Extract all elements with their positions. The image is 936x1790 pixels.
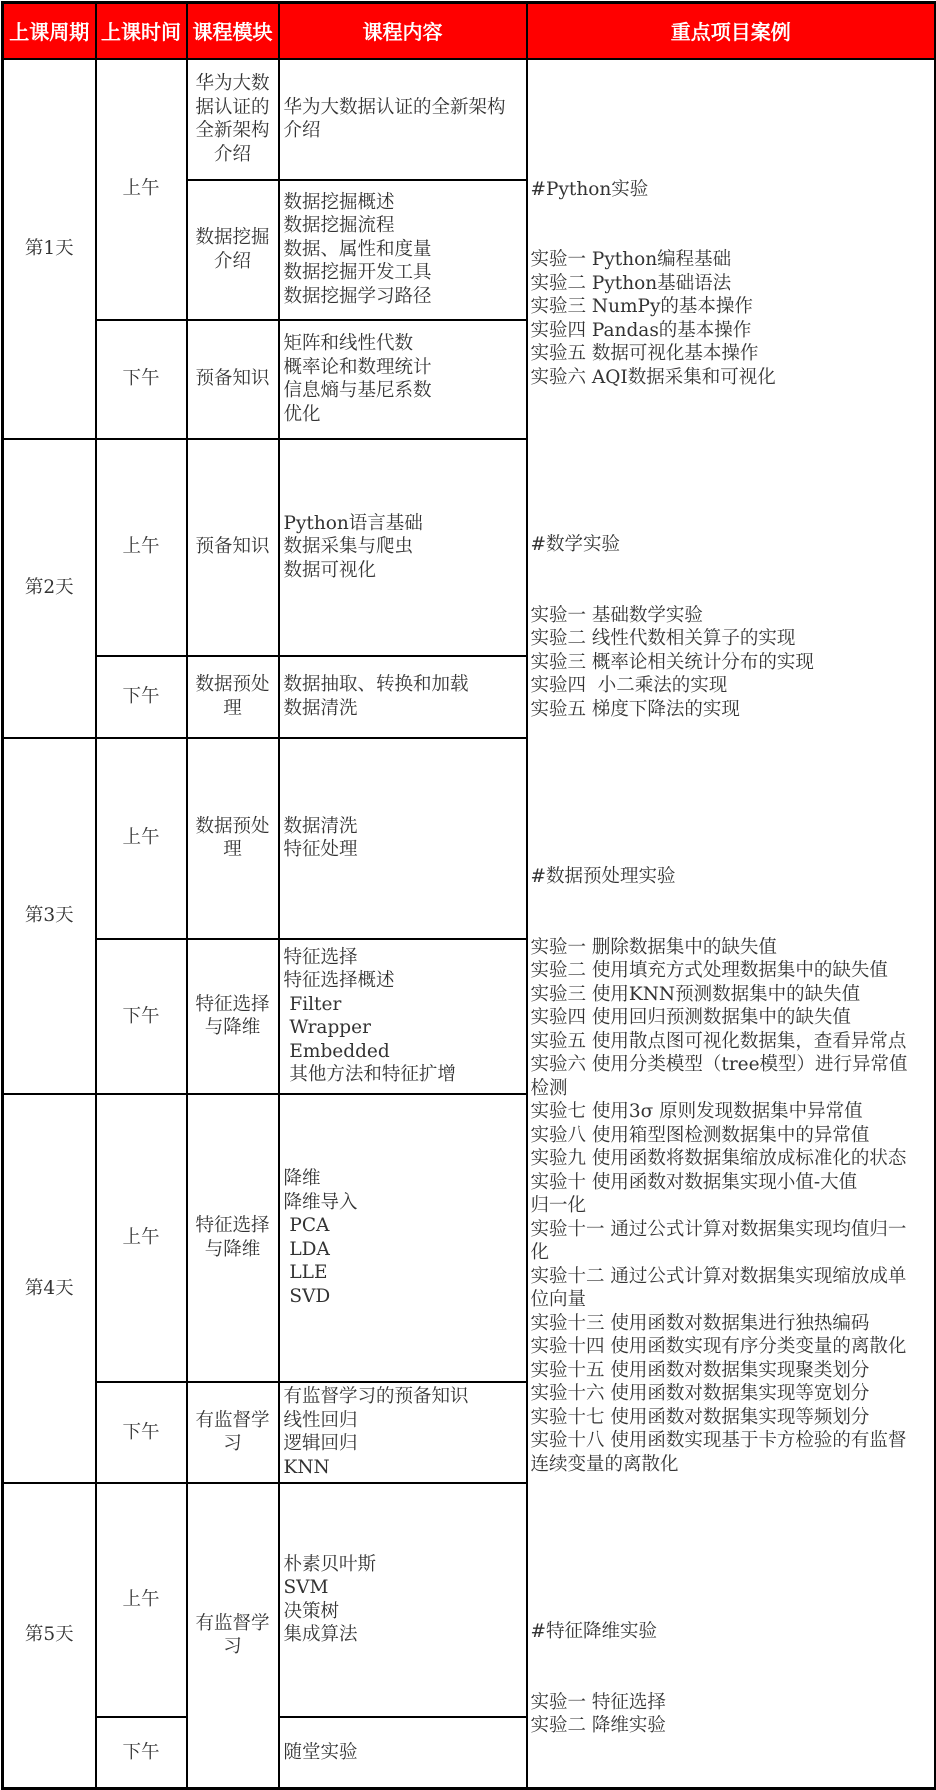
time-cell: 上午	[96, 439, 187, 656]
day-cell-5: 第5天	[3, 1483, 96, 1788]
time-cell: 下午	[96, 320, 187, 439]
project-group-preprocessing: #数据预处理实验 实验一 删除数据集中的缺失值 实验二 使用填充方式处理数据集中…	[531, 818, 933, 1523]
module-cell: 数据预处理	[187, 656, 279, 738]
time-cell: 下午	[96, 1382, 187, 1483]
project-group-python: #Python实验 实验一 Python编程基础 实验二 Python基础语法 …	[531, 131, 933, 437]
content-cell: 降维 降维导入 PCA LDA LLE SVD	[279, 1094, 527, 1382]
time-cell: 上午	[96, 1483, 187, 1717]
header-row: 上课周期 上课时间 课程模块 课程内容 重点项目案例	[3, 3, 936, 59]
module-cell: 预备知识	[187, 320, 279, 439]
time-cell: 上午	[96, 738, 187, 939]
project-group-title: #数据预处理实验	[531, 865, 933, 889]
projects-cell: #Python实验 实验一 Python编程基础 实验二 Python基础语法 …	[527, 59, 936, 1789]
module-cell: 预备知识	[187, 439, 279, 656]
content-cell: 有监督学习的预备知识 线性回归 逻辑回归 KNN	[279, 1382, 527, 1483]
time-cell: 下午	[96, 939, 187, 1094]
table-row: 第1天 上午 华为大数据认证的全新架构介绍 华为大数据认证的全新架构 介绍 #P…	[3, 59, 936, 180]
project-group-items: 实验一 Python编程基础 实验二 Python基础语法 实验三 NumPy的…	[531, 248, 933, 389]
content-cell: 数据抽取、转换和加载 数据清洗	[279, 656, 527, 738]
project-group-items: 实验一 基础数学实验 实验二 线性代数相关算子的实现 实验三 概率论相关统计分布…	[531, 604, 933, 722]
content-cell: 数据挖掘概述 数据挖掘流程 数据、属性和度量 数据挖掘开发工具 数据挖掘学习路径	[279, 180, 527, 320]
time-cell: 上午	[96, 59, 187, 320]
project-group-items: 实验一 删除数据集中的缺失值 实验二 使用填充方式处理数据集中的缺失值 实验三 …	[531, 936, 933, 1477]
header-cell-module: 课程模块	[187, 3, 279, 59]
content-cell: 数据清洗 特征处理	[279, 738, 527, 939]
header-cell-content: 课程内容	[279, 3, 527, 59]
module-cell: 特征选择与降维	[187, 939, 279, 1094]
day-cell-4: 第4天	[3, 1094, 96, 1483]
project-group-title: #Python实验	[531, 178, 933, 202]
content-cell: 朴素贝叶斯 SVM 决策树 集成算法	[279, 1483, 527, 1717]
project-group-math: #数学实验 实验一 基础数学实验 实验二 线性代数相关算子的实现 实验三 概率论…	[531, 486, 933, 768]
module-cell: 数据预处理	[187, 738, 279, 939]
module-cell: 特征选择与降维	[187, 1094, 279, 1382]
header-cell-projects: 重点项目案例	[527, 3, 936, 59]
content-cell: Python语言基础 数据采集与爬虫 数据可视化	[279, 439, 527, 656]
header-cell-period: 上课周期	[3, 3, 96, 59]
module-cell: 数据挖掘介绍	[187, 180, 279, 320]
project-group-title: #特征降维实验	[531, 1620, 933, 1644]
content-cell: 特征选择 特征选择概述 Filter Wrapper Embedded 其他方法…	[279, 939, 527, 1094]
page: 上课周期 上课时间 课程模块 课程内容 重点项目案例 第1天 上午 华为大数据认…	[0, 0, 936, 1291]
project-group-dimreduction: #特征降维实验 实验一 特征选择 实验二 降维实验	[531, 1573, 933, 1785]
project-group-items: 实验一 特征选择 实验二 降维实验	[531, 1691, 933, 1738]
time-cell: 下午	[96, 656, 187, 738]
module-cell: 有监督学习	[187, 1382, 279, 1483]
project-group-title: #数学实验	[531, 533, 933, 557]
day-cell-1: 第1天	[3, 59, 96, 439]
time-cell: 上午	[96, 1094, 187, 1382]
content-cell: 华为大数据认证的全新架构 介绍	[279, 59, 527, 180]
course-schedule-table: 上课周期 上课时间 课程模块 课程内容 重点项目案例 第1天 上午 华为大数据认…	[1, 1, 936, 1790]
day-cell-3: 第3天	[3, 738, 96, 1094]
time-cell: 下午	[96, 1717, 187, 1788]
module-cell: 华为大数据认证的全新架构介绍	[187, 59, 279, 180]
header-cell-time: 上课时间	[96, 3, 187, 59]
content-cell: 随堂实验	[279, 1717, 527, 1788]
content-cell: 矩阵和线性代数 概率论和数理统计 信息熵与基尼系数 优化	[279, 320, 527, 439]
module-cell: 有监督学习	[187, 1483, 279, 1788]
day-cell-2: 第2天	[3, 439, 96, 738]
